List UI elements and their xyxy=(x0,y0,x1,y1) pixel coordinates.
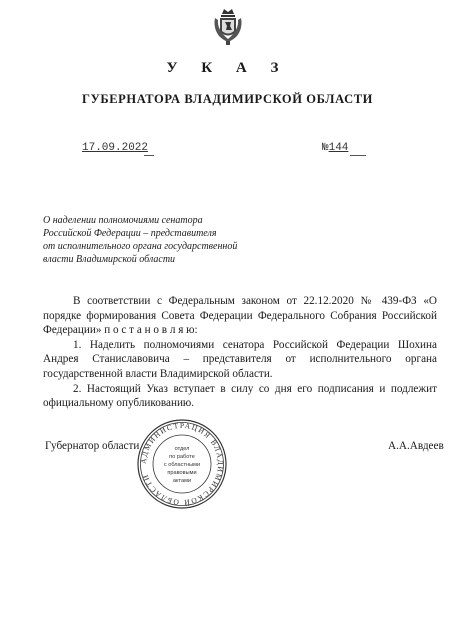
stamp-line: правовыми xyxy=(167,470,196,476)
decree-date: 17.09.2022 xyxy=(82,142,148,154)
stamp-line: по работе xyxy=(169,454,195,460)
stamp-line: отдел xyxy=(175,446,190,452)
signature-name: А.А.Авдеев xyxy=(388,440,444,452)
number-underline xyxy=(350,155,366,156)
stamp-line: актами xyxy=(173,478,191,484)
subject-line: власти Владимирской области xyxy=(43,253,273,266)
stamp-line: с областными xyxy=(164,462,200,468)
decree-issuer: ГУБЕРНАТОРА ВЛАДИМИРСКОЙ ОБЛАСТИ xyxy=(0,92,455,107)
signature-title: Губернатор области xyxy=(45,440,139,452)
decree-item-1: 1. Наделить полномочиями сенатора Россий… xyxy=(43,338,437,382)
decree-body: В соответствии с Федеральным законом от … xyxy=(43,294,437,411)
decree-item-2: 2. Настоящий Указ вступает в силу со дня… xyxy=(43,382,437,411)
number-prefix: № xyxy=(322,142,329,154)
decree-subject: О наделении полномочиями сенатора Россий… xyxy=(43,214,273,266)
number-value: 144 xyxy=(329,142,349,154)
subject-line: Российской Федерации – представителя xyxy=(43,227,273,240)
decree-title: У К А З xyxy=(0,60,455,77)
decree-number: №144 xyxy=(322,142,348,154)
official-stamp-icon: АДМИНИСТРАЦИЯ ВЛАДИМИРСКОЙ ОБЛАСТИ отдел… xyxy=(136,418,228,510)
coat-of-arms-icon xyxy=(211,6,245,46)
date-underline xyxy=(144,155,154,156)
preamble-paragraph: В соответствии с Федеральным законом от … xyxy=(43,294,437,338)
subject-line: от исполнительного органа государственно… xyxy=(43,240,273,253)
subject-line: О наделении полномочиями сенатора xyxy=(43,214,273,227)
